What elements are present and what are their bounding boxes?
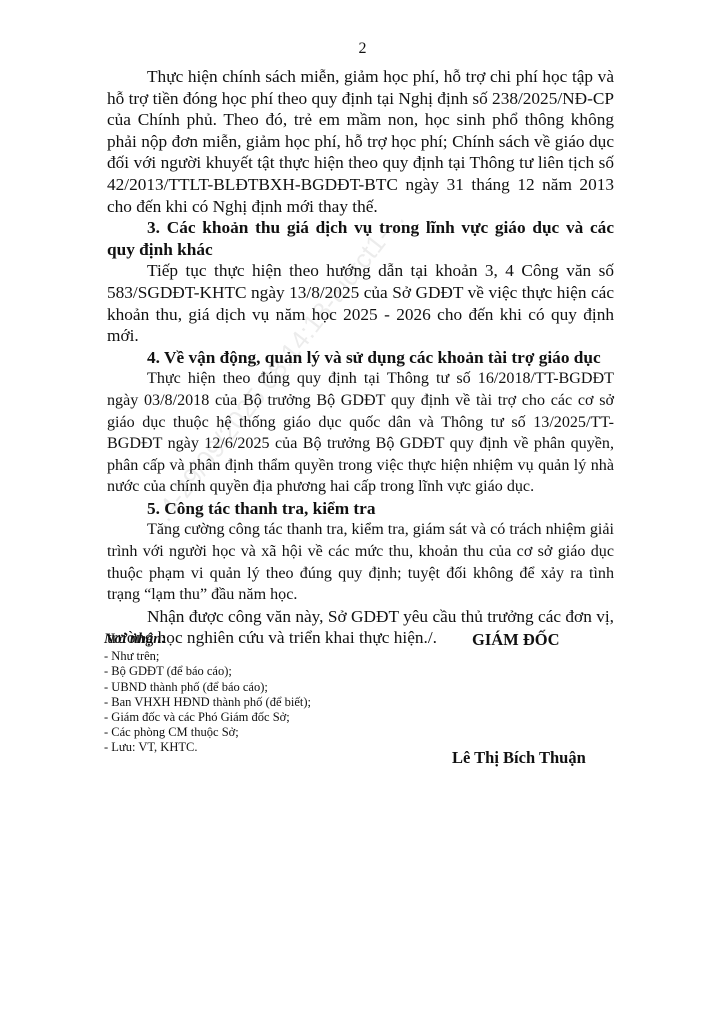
paragraph-service-fees: Tiếp tục thực hiện theo hướng dẫn tại kh…: [107, 260, 614, 346]
heading-section-3: 3. Các khoản thu giá dịch vụ trong lĩnh …: [107, 217, 614, 260]
recipient-item: - Như trên;: [104, 649, 311, 664]
paragraph-sponsorship: Thực hiện theo đúng quy định tại Thông t…: [107, 368, 614, 498]
heading-section-4: 4. Về vận động, quản lý và sử dụng các k…: [107, 347, 614, 369]
recipient-item: - Bộ GDĐT (để báo cáo);: [104, 664, 311, 679]
page-number: 2: [0, 40, 725, 58]
recipient-item: - UBND thành phố (để báo cáo);: [104, 680, 311, 695]
recipient-item: - Lưu: VT, KHTC.: [104, 740, 311, 755]
paragraph-inspection: Tăng cường công tác thanh tra, kiểm tra,…: [107, 519, 614, 605]
recipient-item: - Giám đốc và các Phó Giám đốc Sở;: [104, 710, 311, 725]
recipient-item: - Các phòng CM thuộc Sở;: [104, 725, 311, 740]
recipients-label: Nơi nhận:: [104, 632, 311, 647]
paragraph-tuition-policy: Thực hiện chính sách miễn, giảm học phí,…: [107, 66, 614, 217]
heading-section-5: 5. Công tác thanh tra, kiểm tra: [107, 498, 614, 520]
recipient-item: - Ban VHXH HĐND thành phố (để biết);: [104, 695, 311, 710]
document-body: Thực hiện chính sách miễn, giảm học phí,…: [107, 66, 614, 649]
recipients-block: Nơi nhận: - Như trên; - Bộ GDĐT (để báo …: [104, 632, 311, 756]
signer-name: Lê Thị Bích Thuận: [452, 748, 586, 768]
signer-title: GIÁM ĐỐC: [472, 630, 560, 650]
